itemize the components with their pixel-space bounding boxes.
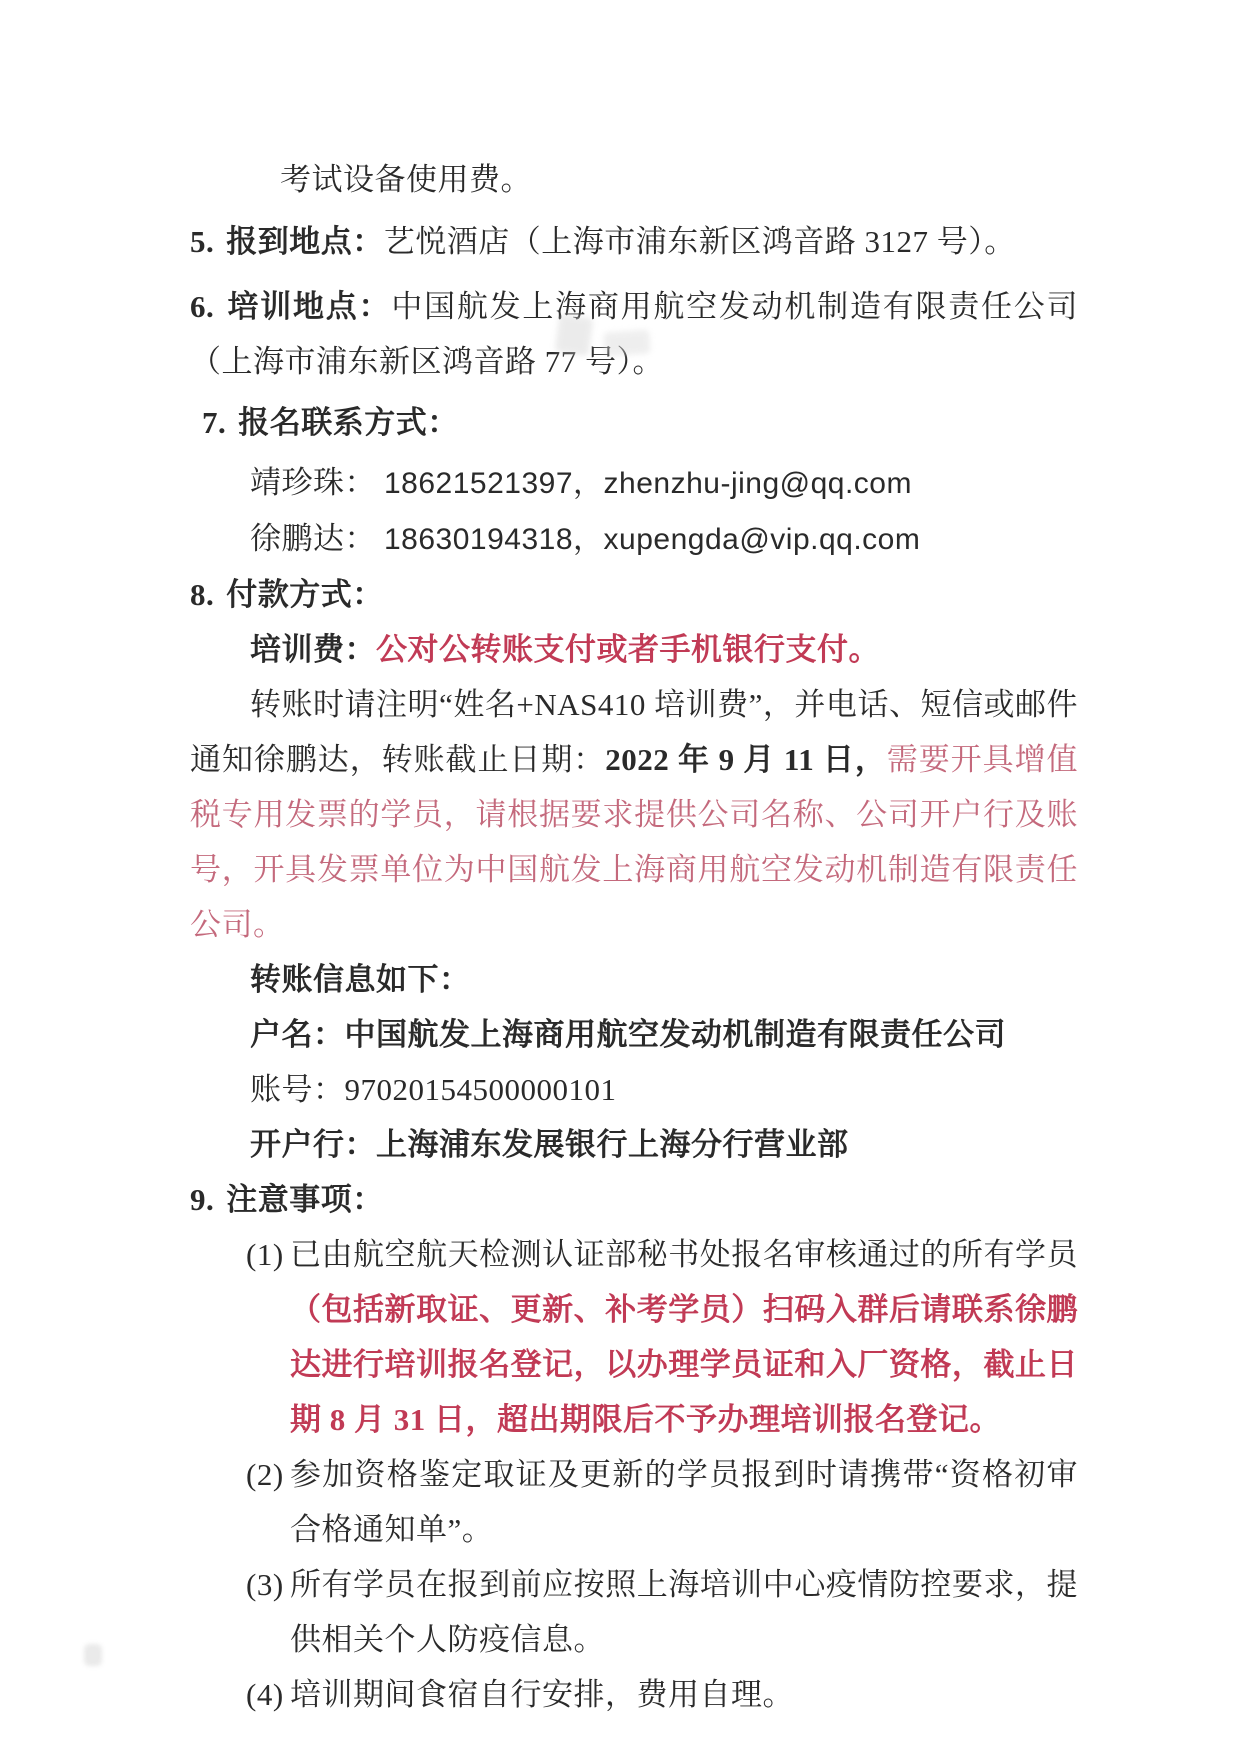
item-8-number: 8. <box>190 577 214 612</box>
account-name-value: 中国航发上海商用航空发动机制造有限责任公司 <box>345 1017 1007 1052</box>
item-6-number: 6. <box>190 289 214 324</box>
bank-value: 上海浦东发展银行上海分行营业部 <box>376 1127 849 1162</box>
note-1: (1)已由航空航天检测认证部秘书处报名审核通过的所有学员（包括新取证、更新、补考… <box>190 1227 1078 1447</box>
note-4-text: 培训期间食宿自行安排，费用自理。 <box>290 1677 794 1712</box>
item-9-label: 注意事项： <box>226 1182 384 1217</box>
note-4: (4)培训期间食宿自行安排，费用自理。 <box>190 1667 1078 1722</box>
contact-row-2: 徐鹏达：18630194318，xupengda@vip.qq.com <box>190 511 1078 567</box>
item-7-number: 7. <box>202 405 226 440</box>
payment-method-line: 培训费：公对公转账支付或者手机银行支付。 <box>190 622 1078 677</box>
item-5-text: 艺悦酒店（上海市浦东新区鸿音路 3127 号）。 <box>384 224 1016 259</box>
scan-smudge <box>603 329 651 356</box>
note-3-text: 所有学员在报到前应按照上海培训中心疫情防控要求，提供相关个人防疫信息。 <box>290 1567 1078 1657</box>
contact-row-1: 靖珍珠：18621521397，zhenzhu-jing@qq.com <box>190 455 1078 511</box>
transfer-info-title: 转账信息如下： <box>190 952 1078 1007</box>
fee-method-red-text: 公对公转账支付或者手机银行支付。 <box>376 632 880 667</box>
note-1-black-text: 已由航空航天检测认证部秘书处报名审核通过的所有学员 <box>290 1237 1078 1272</box>
note-2-text: 参加资格鉴定取证及更新的学员报到时请携带“资格初审合格通知单”。 <box>290 1457 1078 1547</box>
note-2-marker: (2) <box>246 1447 284 1502</box>
transfer-note-paragraph: 转账时请注明“姓名+NAS410 培训费”，并电话、短信或邮件通知徐鹏达，转账截… <box>190 677 1078 952</box>
account-number-label: 账号： <box>250 1072 345 1107</box>
item-8-payment-heading: 8.付款方式： <box>190 567 1078 622</box>
bank-label: 开户行： <box>250 1127 376 1162</box>
note-4-marker: (4) <box>246 1667 284 1722</box>
note-3-marker: (3) <box>246 1557 284 1612</box>
account-name-label: 户名： <box>250 1017 345 1052</box>
paragraph-exam-fee-tail: 考试设备使用费。 <box>190 152 1078 207</box>
account-number-value: 97020154500000101 <box>345 1072 617 1107</box>
item-5-number: 5. <box>190 224 214 259</box>
fee-label: 培训费： <box>250 632 376 667</box>
item-9-number: 9. <box>190 1182 214 1217</box>
item-7-label: 报名联系方式： <box>238 405 459 440</box>
item-7-contact-heading: 7.报名联系方式： <box>190 395 1078 450</box>
item-9-notes-heading: 9.注意事项： <box>190 1172 1078 1227</box>
item-6-label: 培训地点： <box>226 289 391 324</box>
scan-smudge <box>84 1644 102 1666</box>
note-1-marker: (1) <box>246 1227 284 1282</box>
contact-2-name: 徐鹏达： <box>250 521 376 556</box>
transfer-deadline-date: 2022 年 9 月 11 日， <box>605 742 887 777</box>
contact-1-name: 靖珍珠： <box>250 465 376 500</box>
item-5-label: 报到地点： <box>226 224 384 259</box>
transfer-info-title-text: 转账信息如下： <box>250 962 471 997</box>
document-page: 考试设备使用费。 5.报到地点：艺悦酒店（上海市浦东新区鸿音路 3127 号）。… <box>0 0 1240 1755</box>
account-number-line: 账号：97020154500000101 <box>190 1062 1078 1117</box>
contact-2-phone-email: 18630194318，xupengda@vip.qq.com <box>384 523 920 556</box>
note-2: (2)参加资格鉴定取证及更新的学员报到时请携带“资格初审合格通知单”。 <box>190 1447 1078 1557</box>
scan-smudge <box>555 314 594 356</box>
item-5-report-location: 5.报到地点：艺悦酒店（上海市浦东新区鸿音路 3127 号）。 <box>190 214 1078 269</box>
document-body: 考试设备使用费。 5.报到地点：艺悦酒店（上海市浦东新区鸿音路 3127 号）。… <box>190 152 1078 1722</box>
contact-1-phone-email: 18621521397，zhenzhu-jing@qq.com <box>384 467 912 500</box>
exam-fee-tail-text: 考试设备使用费。 <box>280 162 532 197</box>
account-name-line: 户名：中国航发上海商用航空发动机制造有限责任公司 <box>190 1007 1078 1062</box>
item-8-label: 付款方式： <box>226 577 384 612</box>
bank-line: 开户行：上海浦东发展银行上海分行营业部 <box>190 1117 1078 1172</box>
note-1-red-text: （包括新取证、更新、补考学员）扫码入群后请联系徐鹏达进行培训报名登记，以办理学员… <box>290 1292 1078 1437</box>
note-3: (3)所有学员在报到前应按照上海培训中心疫情防控要求，提供相关个人防疫信息。 <box>190 1557 1078 1667</box>
